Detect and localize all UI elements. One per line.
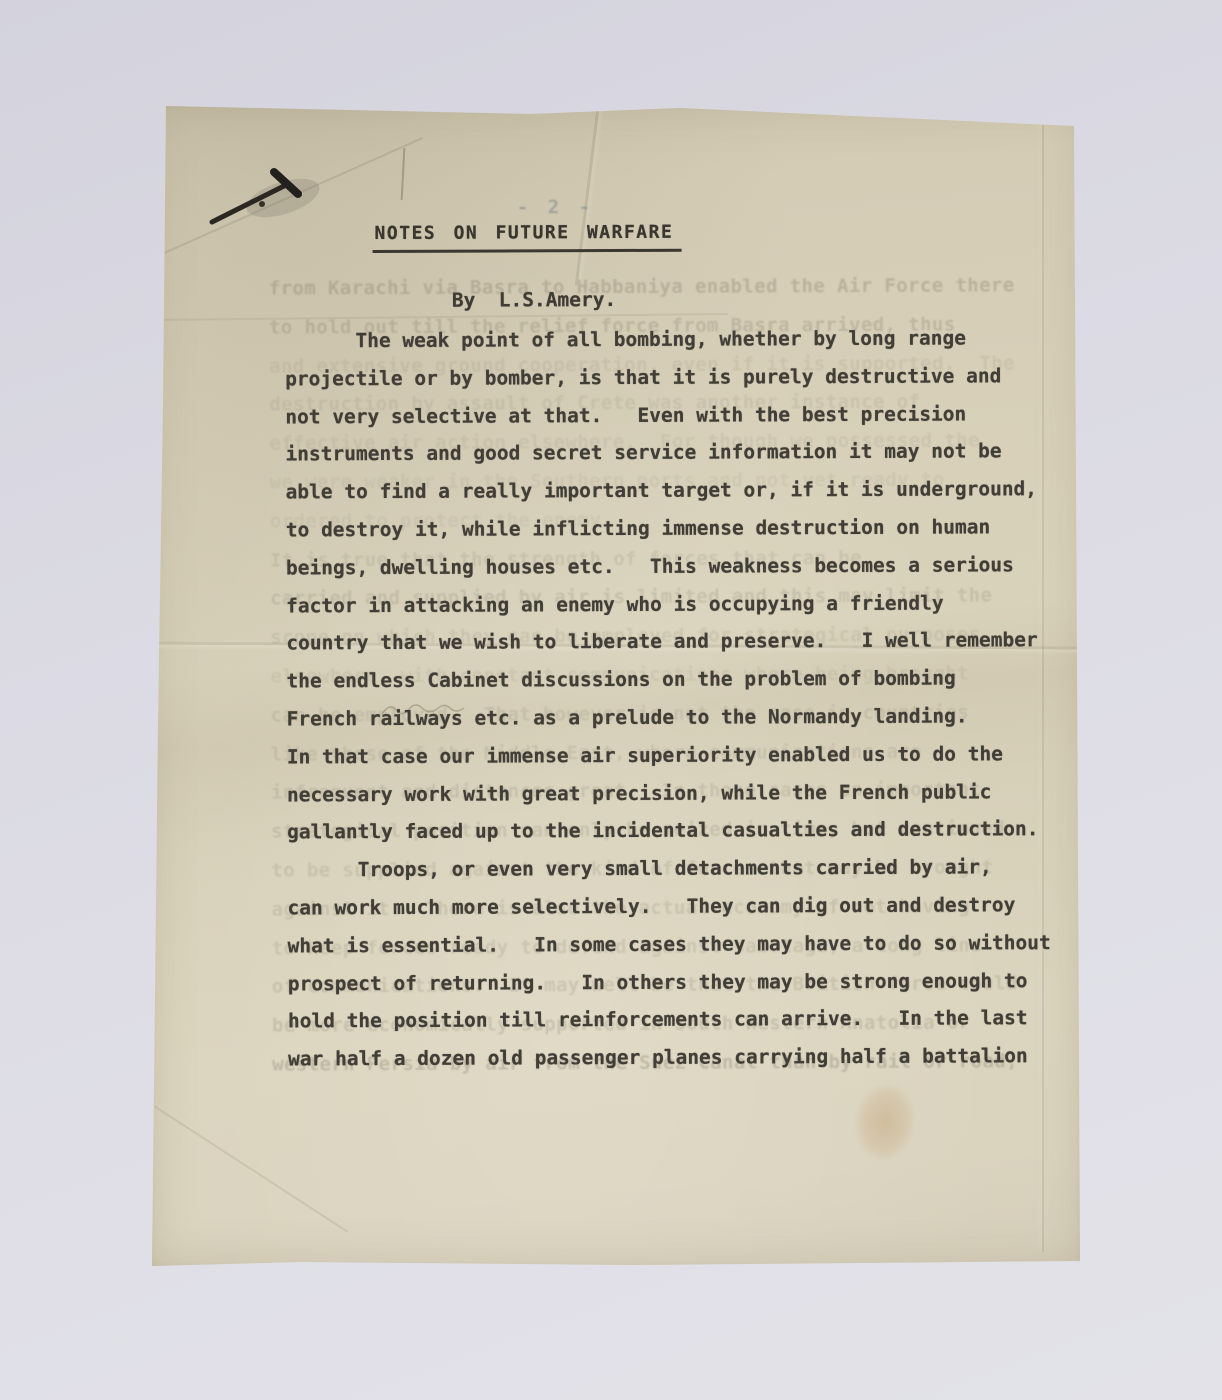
page-number: - 2 -	[500, 196, 610, 218]
photo-background: - 2 - NOTES ON FUTURE WARFARE By L.S.Ame…	[0, 0, 1222, 1400]
text-layer: - 2 - NOTES ON FUTURE WARFARE By L.S.Ame…	[148, 102, 1085, 1270]
typed-line: to destroy it, while inflicting immense …	[286, 515, 990, 541]
ghost-text-layer: from Karachi via Basra to Habbaniya enab…	[148, 102, 1080, 106]
ghost-line: from Karachi via Basra to Habbaniya enab…	[269, 274, 1015, 299]
document-title: NOTES ON FUTURE WARFARE	[372, 222, 681, 253]
typed-line: gallantly faced up to the incidental cas…	[287, 818, 1038, 844]
typed-line: hold the position till reinforcements ca…	[288, 1007, 1028, 1033]
typed-text-layer: The weak point of all bombing, whether b…	[148, 102, 1080, 106]
typed-line: country that we wish to liberate and pre…	[286, 629, 1037, 655]
typed-line: able to find a really important target o…	[286, 477, 1037, 503]
typed-line: French railways etc. as a prelude to the…	[287, 704, 968, 730]
typed-line: projectile or by bomber, is that it is p…	[285, 364, 1001, 390]
typed-line: Troops, or even very small detachments c…	[287, 856, 991, 882]
typed-line: The weak point of all bombing, whether b…	[285, 326, 966, 352]
typed-line: prospect of returning. In others they ma…	[288, 969, 1028, 995]
typed-line: beings, dwelling houses etc. This weakne…	[286, 553, 1014, 579]
typed-line: In that case our immense air superiority…	[287, 742, 1003, 768]
document-page: - 2 - NOTES ON FUTURE WARFARE By L.S.Ame…	[150, 104, 1082, 1268]
typed-line: can work much more selectively. They can…	[287, 893, 1015, 919]
typed-line: instruments and good secret service info…	[285, 440, 1001, 466]
typed-line: factor in attacking an enemy who is occu…	[286, 591, 944, 617]
typed-line: what is essential. In some cases they ma…	[288, 931, 1051, 957]
typed-line: necessary work with great precision, whi…	[287, 780, 991, 806]
typed-line: the endless Cabinet discussions on the p…	[286, 667, 955, 693]
typed-line: war half a dozen old passenger planes ca…	[288, 1044, 1028, 1070]
typed-line: not very selective at that. Even with th…	[285, 402, 966, 428]
